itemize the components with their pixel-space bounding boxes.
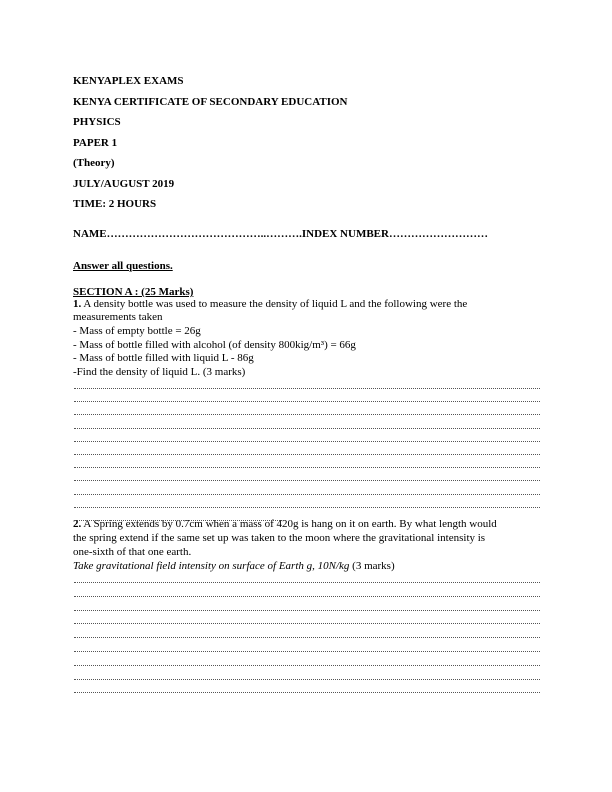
index-number-label: INDEX NUMBER [302, 228, 389, 240]
answer-line[interactable] [74, 388, 540, 389]
answer-line[interactable] [74, 651, 540, 652]
exam-page: KENYAPLEX EXAMS KENYA CERTIFICATE OF SEC… [0, 0, 612, 792]
paper-number: PAPER 1 [73, 137, 117, 150]
candidate-details-row: NAME……………………………………..……….INDEX NUMBER…………… [73, 228, 488, 240]
answer-line[interactable] [74, 623, 540, 624]
name-label: NAME [73, 228, 107, 240]
question-1-line-2: measurements taken [73, 311, 163, 324]
answer-line[interactable] [74, 596, 540, 597]
answer-line[interactable] [74, 637, 540, 638]
answer-line[interactable] [74, 441, 540, 442]
answer-line[interactable] [74, 507, 540, 508]
answer-line[interactable] [74, 480, 540, 481]
question-1-item-empty-bottle: - Mass of empty bottle = 26g [73, 325, 201, 338]
answer-line[interactable] [74, 494, 540, 495]
question-2-note-italic: Take gravitational field intensity on su… [73, 560, 349, 572]
name-field[interactable]: ……………………………………..………. [107, 228, 302, 240]
question-2-marks: (3 marks) [349, 560, 394, 572]
answer-line[interactable] [74, 414, 540, 415]
answer-line[interactable] [74, 692, 540, 693]
paper-type: (Theory) [73, 157, 115, 170]
question-1-line-1: 1. A density bottle was used to measure … [73, 298, 467, 311]
question-2-note: Take gravitational field intensity on su… [73, 560, 395, 573]
answer-line[interactable] [74, 454, 540, 455]
instructions: Answer all questions. [73, 260, 173, 273]
answer-line[interactable] [74, 610, 540, 611]
answer-line[interactable] [74, 665, 540, 666]
exam-body: KENYA CERTIFICATE OF SECONDARY EDUCATION [73, 96, 347, 109]
question-2-line-2: the spring extend if the same set up was… [73, 532, 485, 545]
question-1-item-liquid: - Mass of bottle filled with liquid L - … [73, 352, 254, 365]
answer-line[interactable] [74, 679, 540, 680]
question-1-number: 1. [73, 298, 81, 310]
answer-line[interactable] [74, 401, 540, 402]
answer-line[interactable] [74, 467, 540, 468]
question-1-item-alcohol: - Mass of bottle filled with alcohol (of… [73, 339, 356, 352]
exam-date: JULY/AUGUST 2019 [73, 178, 174, 191]
exam-provider: KENYAPLEX EXAMS [73, 75, 184, 88]
answer-line[interactable] [74, 428, 540, 429]
exam-duration: TIME: 2 HOURS [73, 198, 156, 211]
answer-line[interactable] [74, 582, 540, 583]
index-number-field[interactable]: ……………………… [389, 228, 488, 240]
subject: PHYSICS [73, 116, 121, 129]
answer-line-short[interactable] [74, 520, 286, 521]
question-1-task: -Find the density of liquid L. (3 marks) [73, 366, 245, 379]
question-2-line-3: one-sixth of that one earth. [73, 546, 191, 559]
